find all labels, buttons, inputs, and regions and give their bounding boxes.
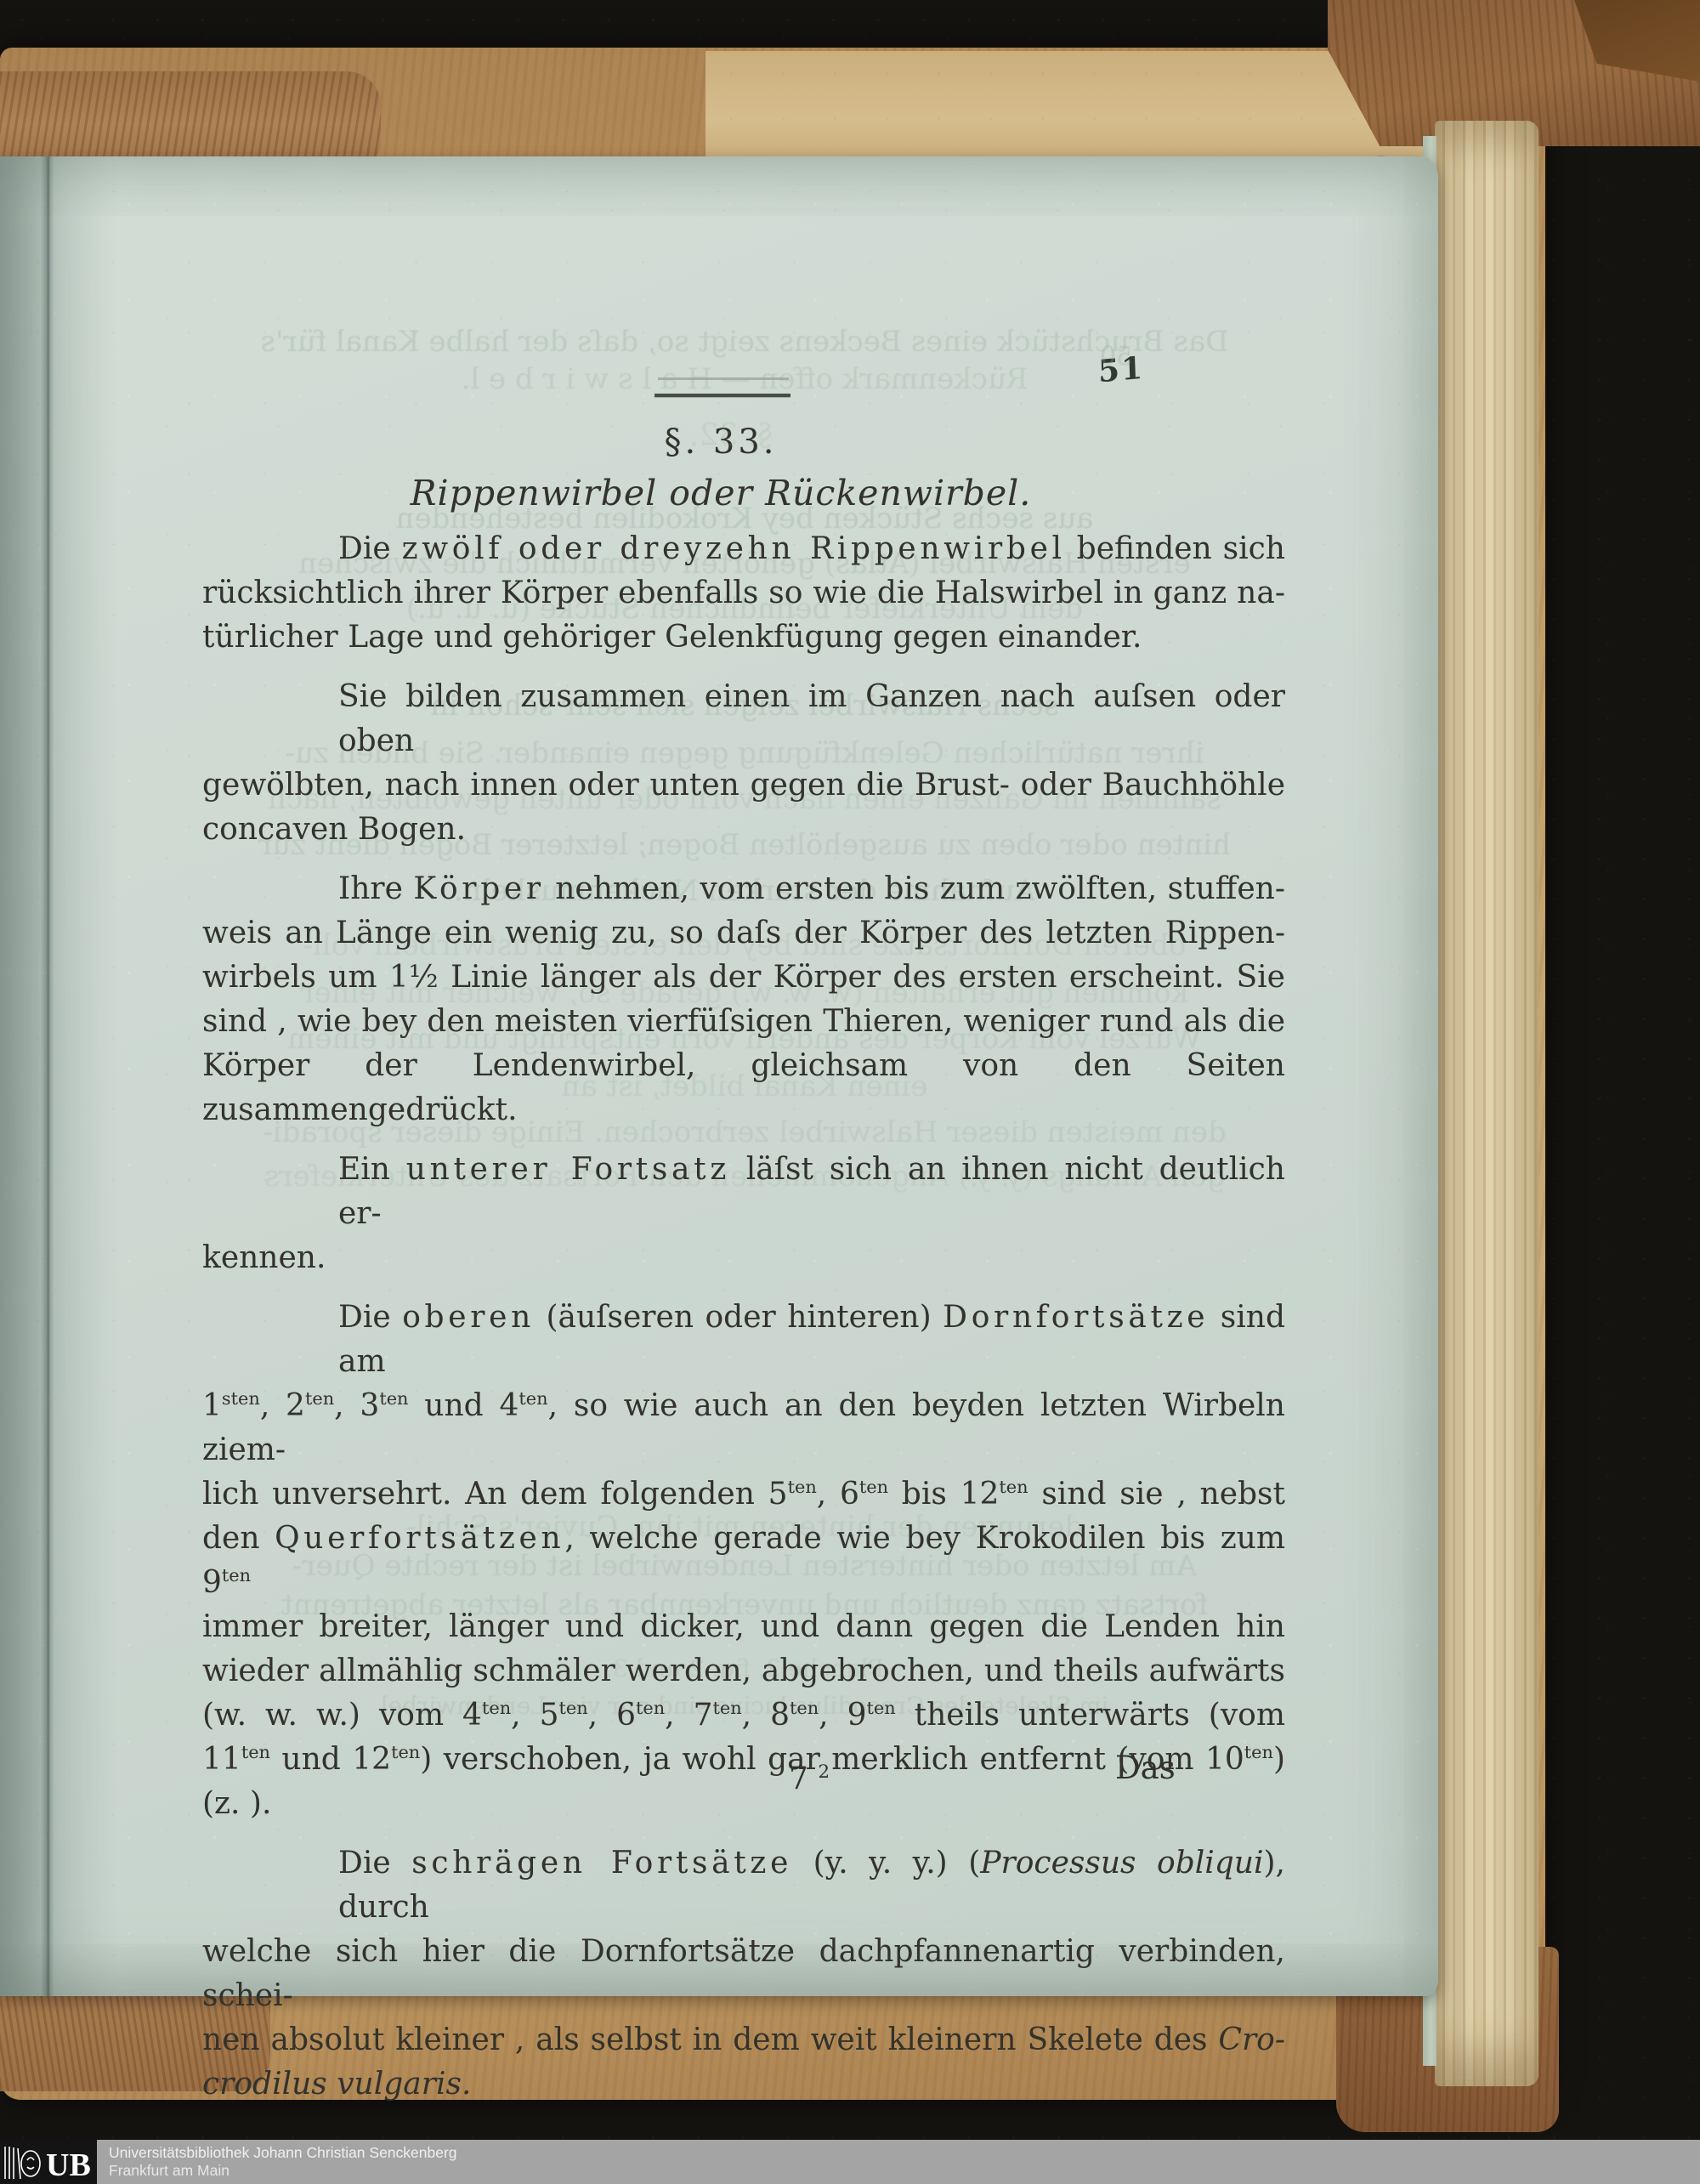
text-line: crodilus vulgaris. <box>202 2062 1285 2107</box>
text-line: Ein unterer Fortsatz läſst sich an ihnen… <box>202 1148 1285 1236</box>
ub-logo-icon: UB <box>2 2141 92 2182</box>
text-line: kennen. <box>202 1236 1285 1280</box>
text-line: den Querfortsätzen, welche gerade wie be… <box>202 1517 1285 1605</box>
paragraph: Sie bilden zusammen einen im Ganzen nach… <box>202 675 1285 852</box>
text-line: Die zwölf oder dreyzehn Rippenwirbel bef… <box>202 527 1285 571</box>
text-line: rücksichtlich ihrer Körper ebenfalls so … <box>202 571 1285 615</box>
text-line: concaven Bogen. <box>202 808 1285 852</box>
text-line: Die oberen (äuſseren oder hinteren) Dorn… <box>202 1296 1285 1384</box>
text-line: Körper der Lendenwirbel, gleichsam von d… <box>202 1044 1285 1132</box>
library-name: Universitätsbibliothek Johann Christian … <box>97 2140 457 2184</box>
text-line: (w. w. w.) vom 4ten, 5ten, 6ten, 7ten, 8… <box>202 1693 1285 1738</box>
library-logo: UB <box>0 2140 97 2184</box>
text-line: gewölbten, nach innen oder unten gegen d… <box>202 763 1285 808</box>
text-line: wirbels um 1½ Linie länger als der Körpe… <box>202 956 1285 1000</box>
text-line: türlicher Lage und gehöriger Gelenkfügun… <box>202 615 1285 660</box>
text-line: weis an Länge ein wenig zu, so daſs der … <box>202 911 1285 956</box>
paragraph: Die schrägen Fortsätze (y. y. y.) (Proce… <box>202 1841 1285 2107</box>
scanned-book-page-view: 30 Das Bruchstück eines Beckens zeigt so… <box>0 0 1700 2184</box>
body-text: Die zwölf oder dreyzehn Rippenwirbel bef… <box>202 527 1285 2122</box>
library-footer-bar: UB Universitätsbibliothek Johann Christi… <box>0 2140 1700 2184</box>
bleedthrough-text: §. 32. <box>510 418 952 453</box>
text-line: Sie bilden zusammen einen im Ganzen nach… <box>202 675 1285 763</box>
text-line: nen absolut kleiner , als selbst in dem … <box>202 2018 1285 2062</box>
paragraph: Ihre Körper nehmen, vom ersten bis zum z… <box>202 867 1285 1132</box>
text-line: (z. ). <box>202 1782 1285 1826</box>
text-line: 11ten und 12ten) verschoben, ja wohl gar… <box>202 1738 1285 1782</box>
text-line: sind , wie bey den meisten vierfüſsigen … <box>202 1000 1285 1044</box>
text-line: lich unversehrt. An dem folgenden 5ten, … <box>202 1472 1285 1517</box>
text-line: 1sten, 2ten, 3ten und 4ten, so wie auch … <box>202 1384 1285 1472</box>
paragraph: Die oberen (äuſseren oder hinteren) Dorn… <box>202 1296 1285 1826</box>
text-line: Die schrägen Fortsätze (y. y. y.) (Proce… <box>202 1841 1285 1930</box>
bleedthrough-text: 50 <box>1086 342 1146 372</box>
text-line: immer breiter, länger und dicker, und da… <box>202 1605 1285 1649</box>
svg-text:UB: UB <box>46 2147 91 2182</box>
text-line: welche sich hier die Dornfortsätze dachp… <box>202 1930 1285 2018</box>
library-name-line2: Frankfurt am Main <box>109 2162 457 2180</box>
paragraph: Ein unterer Fortsatz läſst sich an ihnen… <box>202 1148 1285 1280</box>
text-line: wieder allmählig schmäler werden, abgebr… <box>202 1649 1285 1693</box>
library-name-line1: Universitätsbibliothek Johann Christian … <box>109 2144 457 2162</box>
paragraph: Die zwölf oder dreyzehn Rippenwirbel bef… <box>202 527 1285 660</box>
text-line: Ihre Körper nehmen, vom ersten bis zum z… <box>202 867 1285 911</box>
